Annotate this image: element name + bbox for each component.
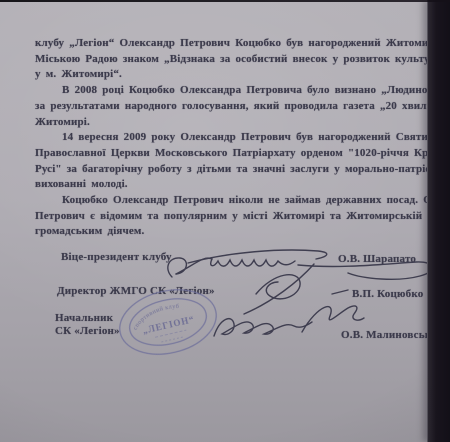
text-line: Житомирі. — [35, 115, 437, 131]
text-line: В 2008 році Коцюбко Олександра Петровича… — [35, 83, 437, 99]
document-photo: клубу „Легіон“ Олександр Петрович Коцюбк… — [0, 0, 450, 442]
photo-top-edge — [0, 0, 450, 2]
text-line: 14 вересня 2009 року Олександр Петрович … — [35, 130, 437, 146]
text-line: громадським діячем. — [35, 224, 437, 240]
document-body: клубу „Легіон“ Олександр Петрович Коцюбк… — [35, 36, 437, 240]
text-line: Коцюбко Олександр Петрович ніколи не зай… — [35, 193, 437, 209]
text-line: за результатами народного голосування, я… — [35, 99, 437, 115]
signature-scribble-malynovskyi — [206, 298, 366, 348]
signature-title-chief: Начальник СК «Легіон» — [55, 312, 120, 338]
text-line: вихованні молоді. — [35, 177, 437, 193]
text-line: Православної Церкви Московського Патріар… — [35, 146, 437, 162]
text-line: у м. Житомирі“. — [35, 67, 437, 83]
text-line: Петрович є відомим та популярним у місті… — [35, 209, 437, 225]
signature-title-vice-president: Віце-президент клубу — [61, 251, 172, 264]
text-line: Міською Радою знаком „Відзнака за особис… — [35, 52, 437, 68]
photo-background-band — [427, 0, 450, 442]
text-line: Русі" за багаторічну роботу з дітьми та … — [35, 162, 437, 178]
text-line: клубу „Легіон“ Олександр Петрович Коцюбк… — [35, 36, 437, 52]
